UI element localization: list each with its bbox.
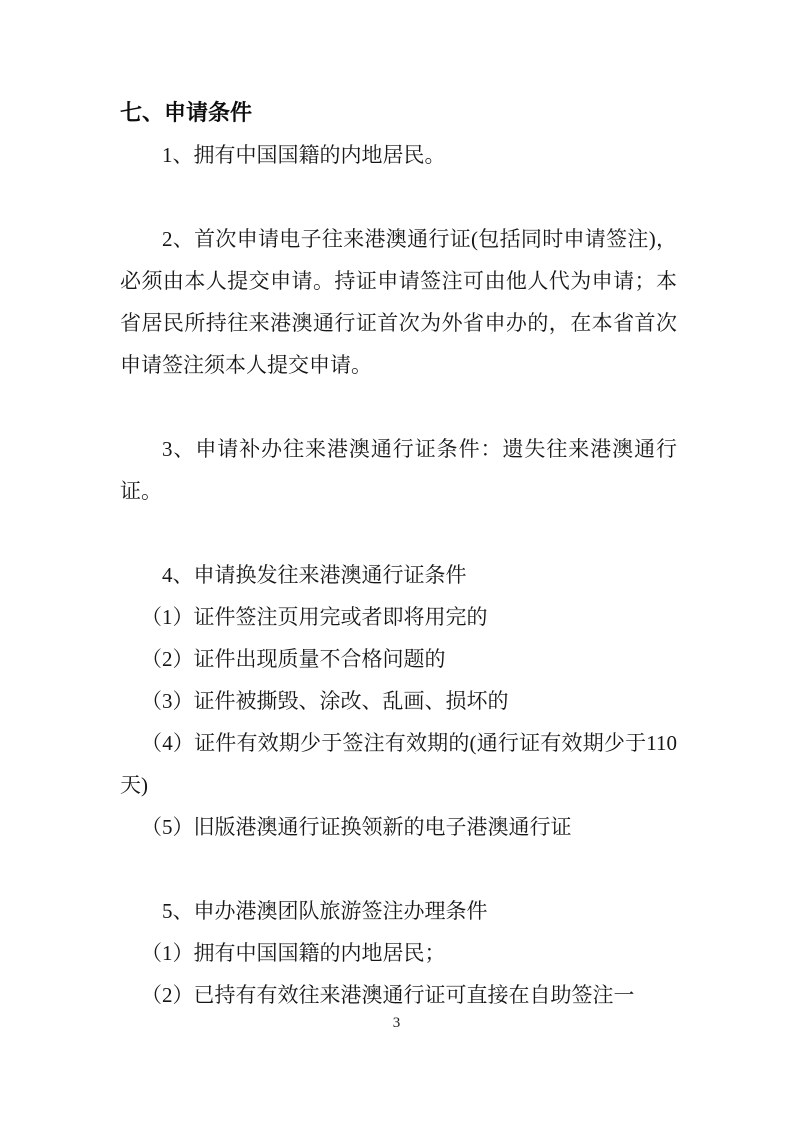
- paragraph-list: 1、拥有中国国籍的内地居民。2、首次申请电子往来港澳通行证(包括同时申请签注)，…: [120, 134, 677, 1016]
- paragraph: 3、申请补办往来港澳通行证条件：遗失往来港澳通行证。: [120, 428, 677, 512]
- document-page: 七、申请条件 1、拥有中国国籍的内地居民。2、首次申请电子往来港澳通行证(包括同…: [0, 0, 793, 1122]
- paragraph: （4）证件有效期少于签注有效期的(通行证有效期少于110 天): [120, 722, 677, 806]
- page-number: 3: [393, 1015, 401, 1031]
- page-footer: 3: [0, 1012, 793, 1034]
- paragraph: 4、申请换发往来港澳通行证条件: [120, 554, 677, 596]
- paragraph: 1、拥有中国国籍的内地居民。: [120, 134, 677, 176]
- paragraph: （2）证件出现质量不合格问题的: [120, 638, 677, 680]
- paragraph: （1）拥有中国国籍的内地居民；: [120, 932, 677, 974]
- paragraph: （5）旧版港澳通行证换领新的电子港澳通行证: [120, 806, 677, 848]
- paragraph: （3）证件被撕毁、涂改、乱画、损坏的: [120, 680, 677, 722]
- document-content: 七、申请条件 1、拥有中国国籍的内地居民。2、首次申请电子往来港澳通行证(包括同…: [120, 92, 677, 1016]
- paragraph: （2）已持有有效往来港澳通行证可直接在自助签注一: [120, 974, 677, 1016]
- paragraph: 2、首次申请电子往来港澳通行证(包括同时申请签注)，必须由本人提交申请。持证申请…: [120, 218, 677, 386]
- paragraph: 5、申办港澳团队旅游签注办理条件: [120, 890, 677, 932]
- section-heading: 七、申请条件: [120, 92, 677, 134]
- paragraph: （1）证件签注页用完或者即将用完的: [120, 596, 677, 638]
